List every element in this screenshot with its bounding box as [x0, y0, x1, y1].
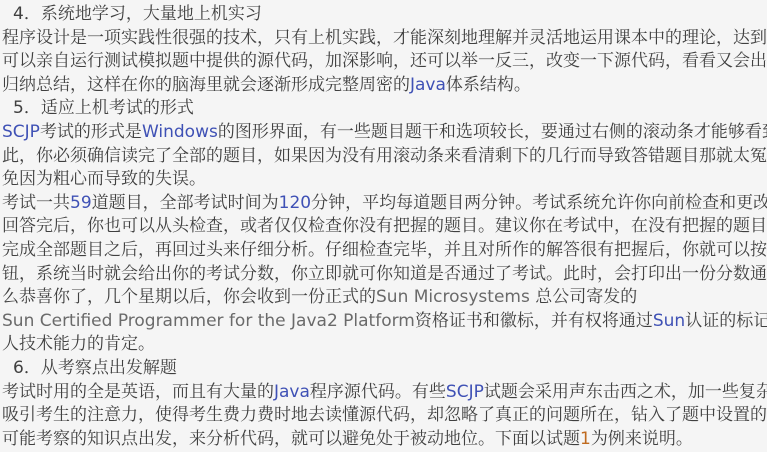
- text-run-blue: Java: [274, 382, 310, 402]
- text-run-blue: SCJP: [446, 382, 484, 402]
- text-run: 人技术能力的肯定。: [2, 334, 155, 354]
- text-run: 考试一共: [2, 193, 70, 213]
- text-run: 此，你必须确信读完了全部的题目，如果因为没有用滚动条来看清剩下的几行而导致答错题…: [2, 146, 767, 166]
- text-line: 免因为粗心而导致的失误。: [0, 168, 767, 192]
- text-line: 归纳总结，这样在你的脑海里就会逐渐形成完整周密的Java体系结构。: [0, 74, 767, 98]
- document-page: 4．系统地学习，大量地上机实习程序设计是一项实践性很强的技术，只有上机实践，才能…: [0, 0, 767, 452]
- text-run: 归纳总结，这样在你的脑海里就会逐渐形成完整周密的: [2, 75, 410, 95]
- text-line: Sun Certified Programmer for the Java2 P…: [0, 310, 767, 334]
- text-run-blue: 120: [279, 193, 311, 213]
- text-line: 此，你必须确信读完了全部的题目，如果因为没有用滚动条来看清剩下的几行而导致答错题…: [0, 145, 767, 169]
- section-heading: 5．适应上机考试的形式: [0, 97, 767, 121]
- text-run: 程序设计是一项实践性很强的技术，只有上机实践，才能深刻地理解并灵活地运用课本中的…: [2, 28, 767, 48]
- text-run: 6．从考察点出发解题: [13, 358, 177, 378]
- text-line: 程序设计是一项实践性很强的技术，只有上机实践，才能深刻地理解并灵活地运用课本中的…: [0, 27, 767, 51]
- text-run: 体系结构。: [446, 75, 531, 95]
- text-run-blue: 59: [70, 193, 92, 213]
- text-line: 人技术能力的肯定。: [0, 333, 767, 357]
- text-run-blue: Windows: [142, 122, 218, 142]
- text-run: 考试时用的全是英语，而且有大量的: [2, 382, 274, 402]
- text-run: 4．系统地学习，大量地上机实习: [13, 4, 262, 24]
- text-line: 回答完后，你也可以从头检查，或者仅仅检查你没有把握的题目。建议你在考试中，在没有…: [0, 215, 767, 239]
- section-heading: 6．从考察点出发解题: [0, 357, 767, 381]
- text-run: 资格证书和徽标，并有权将通过: [415, 311, 653, 331]
- text-run: 么恭喜你了，几个星期以后，你会收到一份正式的: [2, 287, 376, 307]
- text-line: SCJP考试的形式是Windows的图形界面，有一些题目题干和选项较长，要通过右…: [0, 121, 767, 145]
- text-run: 完成全部题目之后，再回过头来仔细分析。仔细检查完毕，并且对所作的解答很有把握后，…: [2, 240, 767, 260]
- text-line: 考试一共59道题目，全部考试时间为120分钟，平均每道题目两分钟。考试系统允许你…: [0, 192, 767, 216]
- text-run-blue: SCJP: [2, 122, 40, 142]
- text-run: 5．适应上机考试的形式: [13, 98, 194, 118]
- text-run-orange: 1: [580, 429, 591, 449]
- text-run: 总公司寄发的: [530, 287, 637, 307]
- text-run: 吸引考生的注意力，使得考生费力费时地去读懂源代码，却忽略了真正的问题所在，钻入了…: [2, 405, 767, 425]
- text-run: 免因为粗心而导致的失误。: [2, 169, 206, 189]
- text-line: 可以亲自运行测试模拟题中提供的源代码，加深影响，还可以举一反三，改变一下源代码，…: [0, 50, 767, 74]
- text-run-blue: Sun: [653, 311, 685, 331]
- text-run: 可能考察的知识点出发，来分析代码，就可以避免处于被动地位。下面以试题: [2, 429, 580, 449]
- text-run: 认证的标记印在个人名片上，作为个: [685, 311, 767, 331]
- text-run-en: Sun Microsystems: [376, 287, 530, 307]
- text-line: 钮，系统当时就会给出你的考试分数，你立即就可你知道是否通过了考试。此时，会打印出…: [0, 263, 767, 287]
- text-run: 道题目，全部考试时间为: [92, 193, 279, 213]
- text-run: 试题会采用声东击西之术，加一些复杂的干扰代码，故意: [484, 382, 767, 402]
- text-run: 回答完后，你也可以从头检查，或者仅仅检查你没有把握的题目。建议你在考试中，在没有…: [2, 216, 767, 236]
- text-run: 的图形界面，有一些题目题干和选项较长，要通过右侧的滚动条才能够看到全部的题目。因: [218, 122, 767, 142]
- text-line: 吸引考生的注意力，使得考生费力费时地去读懂源代码，却忽略了真正的问题所在，钻入了…: [0, 404, 767, 428]
- text-line: 完成全部题目之后，再回过头来仔细分析。仔细检查完毕，并且对所作的解答很有把握后，…: [0, 239, 767, 263]
- text-run: 分钟，平均每道题目两分钟。考试系统允许你向前检查和更改你的答案，当你全部: [311, 193, 767, 213]
- section-heading: 4．系统地学习，大量地上机实习: [0, 3, 767, 27]
- text-run: 考试的形式是: [40, 122, 142, 142]
- text-line: 么恭喜你了，几个星期以后，你会收到一份正式的Sun Microsystems 总…: [0, 286, 767, 310]
- text-run: 钮，系统当时就会给出你的考试分数，你立即就可你知道是否通过了考试。此时，会打印出…: [2, 264, 767, 284]
- text-run-blue: Java: [410, 75, 446, 95]
- text-line: 考试时用的全是英语，而且有大量的Java程序源代码。有些SCJP试题会采用声东击…: [0, 381, 767, 405]
- text-run: 可以亲自运行测试模拟题中提供的源代码，加深影响，还可以举一反三，改变一下源代码，…: [2, 51, 767, 71]
- text-run-en: Sun Certified Programmer for the Java2 P…: [2, 311, 415, 331]
- text-line: 可能考察的知识点出发，来分析代码，就可以避免处于被动地位。下面以试题1为例来说明…: [0, 428, 767, 452]
- text-run: 程序源代码。有些: [310, 382, 446, 402]
- text-run: 为例来说明。: [591, 429, 693, 449]
